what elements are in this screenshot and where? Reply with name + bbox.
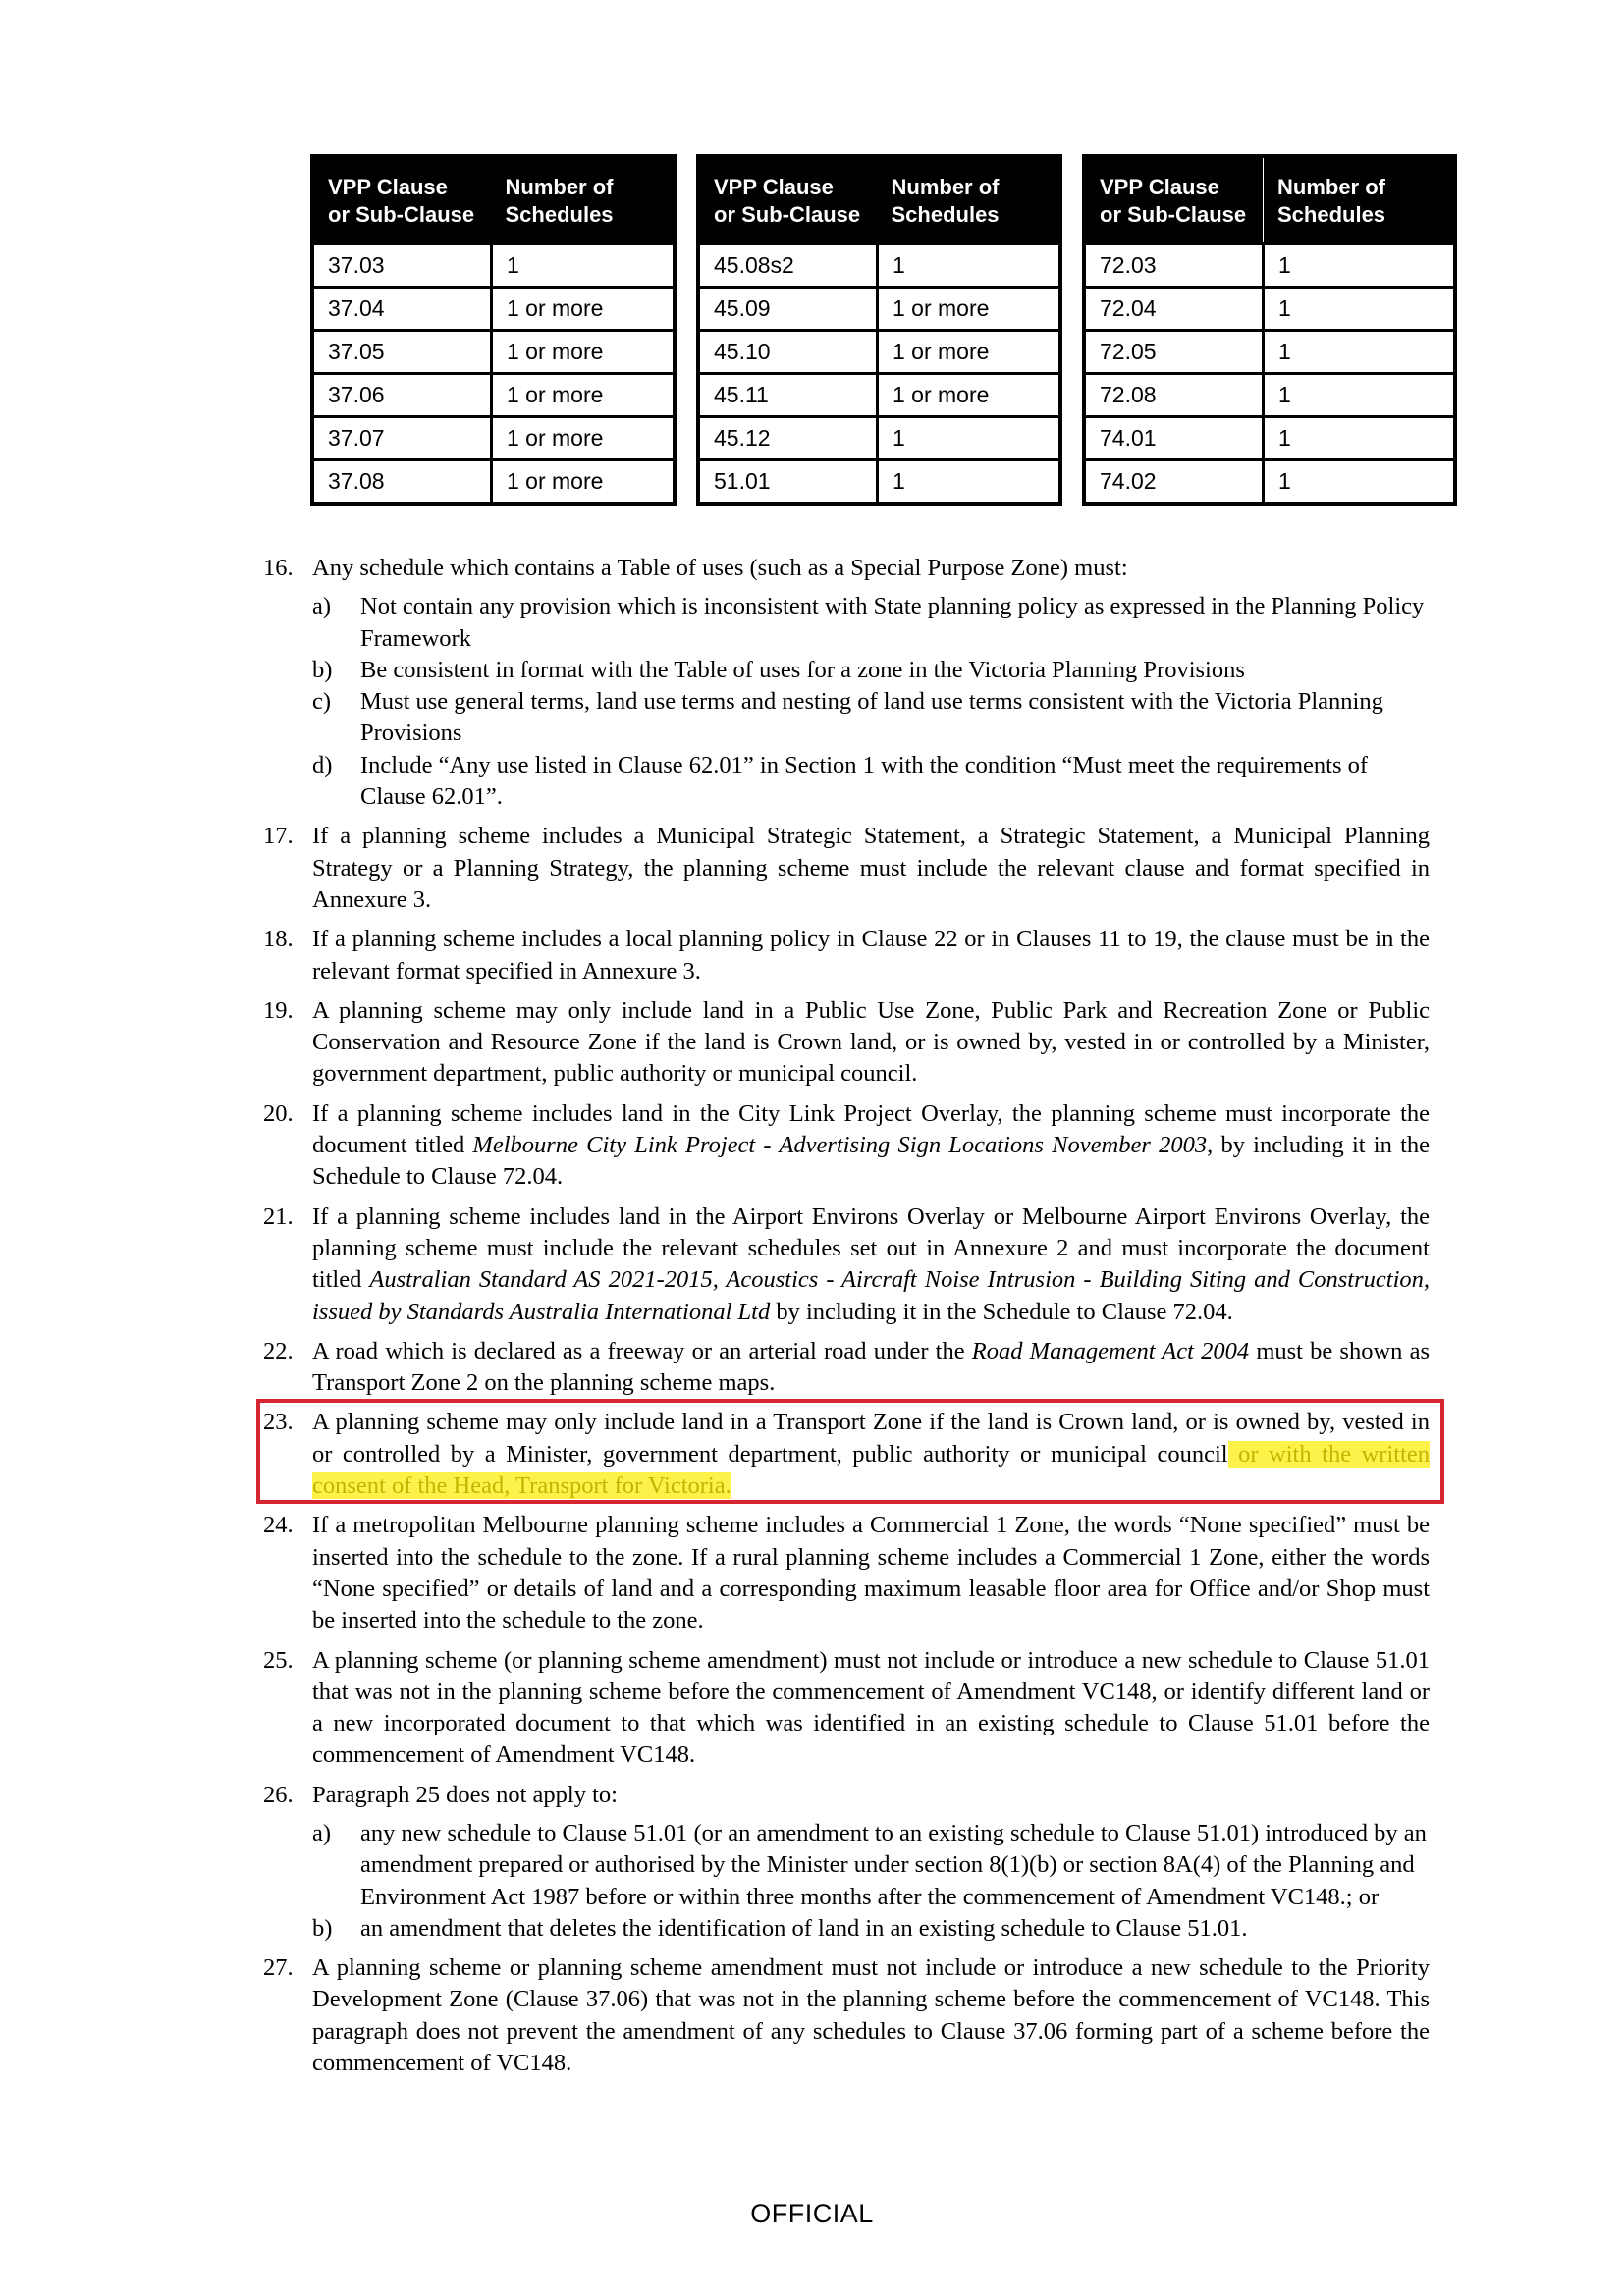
schedules-cell: 1 or more bbox=[492, 374, 676, 417]
schedules-cell: 1 or more bbox=[878, 374, 1061, 417]
schedules-cell: 1 bbox=[878, 460, 1061, 505]
text-run: by including it in the Schedule to Claus… bbox=[770, 1299, 1233, 1325]
sub-item-letter: d) bbox=[312, 750, 332, 781]
table-row: 45.101 or more bbox=[698, 331, 1060, 374]
schedules-cell: 1 or more bbox=[492, 460, 676, 505]
schedules-cell: 1 bbox=[492, 244, 676, 288]
sub-item-letter: b) bbox=[312, 655, 332, 686]
paragraph-18: 18.If a planning scheme includes a local… bbox=[263, 924, 1430, 988]
paragraph-number: 19. bbox=[263, 995, 294, 1027]
header-schedules: Number ofSchedules bbox=[492, 156, 676, 244]
paragraph-number: 18. bbox=[263, 924, 294, 955]
paragraph-text: Paragraph 25 does not apply to: bbox=[312, 1780, 1430, 1811]
clause-cell: 37.06 bbox=[312, 374, 492, 417]
numbered-requirements: 16.Any schedule which contains a Table o… bbox=[263, 553, 1430, 2087]
paragraph-text: If a metropolitan Melbourne planning sch… bbox=[312, 1510, 1430, 1636]
clause-cell: 45.08s2 bbox=[698, 244, 878, 288]
table-row: 74.021 bbox=[1084, 460, 1455, 505]
table-row: 37.051 or more bbox=[312, 331, 675, 374]
paragraph-text: A road which is declared as a freeway or… bbox=[312, 1336, 1430, 1400]
clause-cell: 37.05 bbox=[312, 331, 492, 374]
paragraph-27: 27.A planning scheme or planning scheme … bbox=[263, 1952, 1430, 2079]
sub-item: b)an amendment that deletes the identifi… bbox=[312, 1913, 1430, 1945]
paragraph-21: 21.If a planning scheme includes land in… bbox=[263, 1201, 1430, 1328]
paragraph-number: 17. bbox=[263, 821, 294, 852]
schedules-cell: 1 bbox=[1264, 288, 1456, 331]
table-row: 45.121 bbox=[698, 417, 1060, 460]
table-row: 74.011 bbox=[1084, 417, 1455, 460]
sub-item: a)any new schedule to Clause 51.01 (or a… bbox=[312, 1818, 1430, 1913]
sub-item-letter: a) bbox=[312, 1818, 331, 1849]
table-row: 72.031 bbox=[1084, 244, 1455, 288]
sub-item-text: Include “Any use listed in Clause 62.01”… bbox=[360, 752, 1368, 810]
sub-item-text: any new schedule to Clause 51.01 (or an … bbox=[360, 1820, 1427, 1910]
paragraph-16: 16.Any schedule which contains a Table o… bbox=[263, 553, 1430, 813]
table-row: 72.051 bbox=[1084, 331, 1455, 374]
paragraph-26: 26.Paragraph 25 does not apply to:a)any … bbox=[263, 1780, 1430, 1945]
table-row: 37.031 bbox=[312, 244, 675, 288]
paragraph-text: If a planning scheme includes a local pl… bbox=[312, 924, 1430, 988]
clause-cell: 72.08 bbox=[1084, 374, 1264, 417]
schedules-cell: 1 bbox=[1264, 374, 1456, 417]
italic-title: Road Management Act 2004 bbox=[972, 1338, 1249, 1364]
paragraph-19: 19.A planning scheme may only include la… bbox=[263, 995, 1430, 1091]
header-schedules: Number ofSchedules bbox=[878, 156, 1061, 244]
paragraph-number: 23. bbox=[263, 1407, 294, 1438]
schedules-cell: 1 or more bbox=[878, 331, 1061, 374]
sub-item-text: Not contain any provision which is incon… bbox=[360, 593, 1424, 651]
sub-item: d)Include “Any use listed in Clause 62.0… bbox=[312, 750, 1430, 814]
clause-cell: 37.08 bbox=[312, 460, 492, 505]
sub-item: a)Not contain any provision which is inc… bbox=[312, 591, 1430, 655]
paragraph-number: 24. bbox=[263, 1510, 294, 1541]
schedules-cell: 1 bbox=[1264, 417, 1456, 460]
clause-cell: 74.02 bbox=[1084, 460, 1264, 505]
sub-items: a)Not contain any provision which is inc… bbox=[312, 591, 1430, 813]
paragraph-number: 27. bbox=[263, 1952, 294, 1984]
clause-cell: 72.03 bbox=[1084, 244, 1264, 288]
sub-item-text: Must use general terms, land use terms a… bbox=[360, 688, 1383, 746]
clause-cell: 45.09 bbox=[698, 288, 878, 331]
sub-item-text: Be consistent in format with the Table o… bbox=[360, 657, 1245, 683]
paragraph-23: 23.A planning scheme may only include la… bbox=[263, 1407, 1430, 1502]
sub-item-letter: c) bbox=[312, 686, 331, 718]
paragraph-25: 25.A planning scheme (or planning scheme… bbox=[263, 1645, 1430, 1772]
sub-item-letter: b) bbox=[312, 1913, 332, 1945]
clause-cell: 72.05 bbox=[1084, 331, 1264, 374]
clause-cell: 45.10 bbox=[698, 331, 878, 374]
table-row: 51.011 bbox=[698, 460, 1060, 505]
schedules-cell: 1 bbox=[878, 244, 1061, 288]
schedule-table-3: VPP Clauseor Sub-Clause Number ofSchedul… bbox=[1082, 154, 1457, 506]
italic-title: Melbourne City Link Project - Advertisin… bbox=[472, 1132, 1207, 1158]
text-run: A road which is declared as a freeway or… bbox=[312, 1338, 972, 1364]
header-schedules: Number ofSchedules bbox=[1264, 156, 1456, 244]
header-clause: VPP Clauseor Sub-Clause bbox=[698, 156, 878, 244]
paragraph-text: Any schedule which contains a Table of u… bbox=[312, 553, 1430, 584]
paragraph-text: A planning scheme or planning scheme ame… bbox=[312, 1952, 1430, 2079]
schedules-cell: 1 bbox=[878, 417, 1061, 460]
header-clause: VPP Clauseor Sub-Clause bbox=[312, 156, 492, 244]
paragraph-text: A planning scheme (or planning scheme am… bbox=[312, 1645, 1430, 1772]
table-row: 72.041 bbox=[1084, 288, 1455, 331]
schedules-cell: 1 or more bbox=[492, 288, 676, 331]
clause-cell: 51.01 bbox=[698, 460, 878, 505]
sub-items: a)any new schedule to Clause 51.01 (or a… bbox=[312, 1818, 1430, 1945]
paragraph-number: 20. bbox=[263, 1098, 294, 1130]
paragraph-number: 25. bbox=[263, 1645, 294, 1677]
sub-item-letter: a) bbox=[312, 591, 331, 622]
classification-footer: OFFICIAL bbox=[0, 2199, 1624, 2229]
header-clause: VPP Clauseor Sub-Clause bbox=[1084, 156, 1264, 244]
schedules-cell: 1 or more bbox=[878, 288, 1061, 331]
paragraph-number: 16. bbox=[263, 553, 294, 584]
schedules-cell: 1 or more bbox=[492, 417, 676, 460]
schedules-cell: 1 or more bbox=[492, 331, 676, 374]
table-row: 37.081 or more bbox=[312, 460, 675, 505]
clause-cell: 37.07 bbox=[312, 417, 492, 460]
schedules-cell: 1 bbox=[1264, 244, 1456, 288]
schedules-cell: 1 bbox=[1264, 460, 1456, 505]
schedule-table-2: VPP Clauseor Sub-Clause Number ofSchedul… bbox=[696, 154, 1062, 506]
sub-item-text: an amendment that deletes the identifica… bbox=[360, 1915, 1248, 1942]
paragraph-text: If a planning scheme includes a Municipa… bbox=[312, 821, 1430, 916]
clause-cell: 72.04 bbox=[1084, 288, 1264, 331]
paragraph-number: 22. bbox=[263, 1336, 294, 1367]
sub-item: c)Must use general terms, land use terms… bbox=[312, 686, 1430, 750]
paragraph-text: A planning scheme may only include land … bbox=[312, 995, 1430, 1091]
table-row: 37.061 or more bbox=[312, 374, 675, 417]
clause-cell: 74.01 bbox=[1084, 417, 1264, 460]
paragraph-20: 20.If a planning scheme includes land in… bbox=[263, 1098, 1430, 1194]
paragraph-text: A planning scheme may only include land … bbox=[312, 1407, 1430, 1502]
clause-cell: 45.11 bbox=[698, 374, 878, 417]
paragraph-text: If a planning scheme includes land in th… bbox=[312, 1098, 1430, 1194]
clause-cell: 45.12 bbox=[698, 417, 878, 460]
paragraph-17: 17.If a planning scheme includes a Munic… bbox=[263, 821, 1430, 916]
schedules-cell: 1 bbox=[1264, 331, 1456, 374]
table-row: 45.111 or more bbox=[698, 374, 1060, 417]
clause-cell: 37.04 bbox=[312, 288, 492, 331]
paragraph-number: 21. bbox=[263, 1201, 294, 1233]
table-row: 45.08s21 bbox=[698, 244, 1060, 288]
clause-cell: 37.03 bbox=[312, 244, 492, 288]
paragraph-text: If a planning scheme includes land in th… bbox=[312, 1201, 1430, 1328]
table-row: 72.081 bbox=[1084, 374, 1455, 417]
table-row: 37.071 or more bbox=[312, 417, 675, 460]
paragraph-number: 26. bbox=[263, 1780, 294, 1811]
table-row: 45.091 or more bbox=[698, 288, 1060, 331]
paragraph-24: 24.If a metropolitan Melbourne planning … bbox=[263, 1510, 1430, 1636]
schedule-table-1: VPP Clauseor Sub-Clause Number ofSchedul… bbox=[310, 154, 677, 506]
paragraph-22: 22.A road which is declared as a freeway… bbox=[263, 1336, 1430, 1400]
sub-item: b)Be consistent in format with the Table… bbox=[312, 655, 1430, 686]
table-row: 37.041 or more bbox=[312, 288, 675, 331]
